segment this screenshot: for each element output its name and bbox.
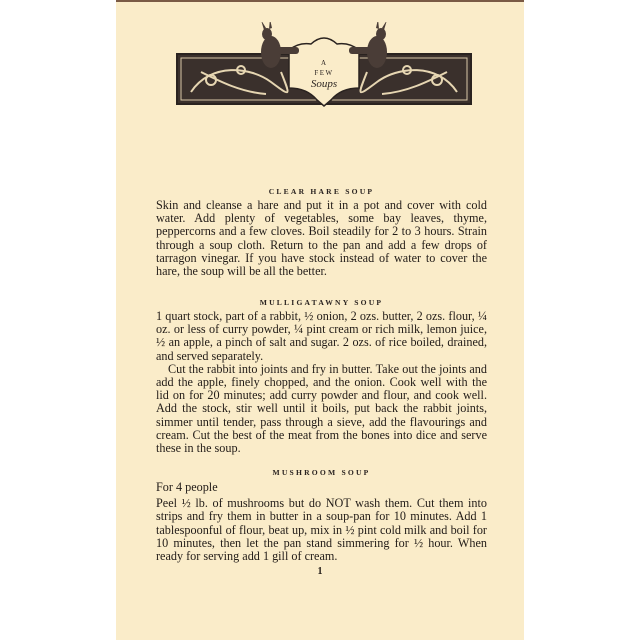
recipe-servings: For 4 people bbox=[156, 481, 487, 494]
recipe-body-mulligatawny-soup: 1 quart stock, part of a rabbit, ½ onion… bbox=[156, 310, 487, 455]
recipe-body-clear-hare-soup: Skin and cleanse a hare and put it in a … bbox=[156, 199, 487, 278]
recipe-paragraph: Cut the rabbit into joints and fry in bu… bbox=[156, 363, 487, 455]
recipe-body-mushroom-soup: For 4 people Peel ½ lb. of mushrooms but… bbox=[156, 481, 487, 563]
ornament-text-soups: Soups bbox=[171, 78, 477, 90]
header-ornament: A FEW Soups bbox=[171, 22, 477, 107]
recipe-title-mulligatawny-soup: MULLIGATAWNY SOUP bbox=[156, 298, 487, 307]
recipe-title-clear-hare-soup: CLEAR HARE SOUP bbox=[156, 187, 487, 196]
recipe-paragraph: Skin and cleanse a hare and put it in a … bbox=[156, 199, 487, 278]
ornament-text-few: FEW bbox=[171, 69, 477, 77]
book-page: A FEW Soups CLEAR HARE SOUP Skin and cle… bbox=[116, 0, 524, 640]
recipe-title-mushroom-soup: MUSHROOM SOUP bbox=[156, 468, 487, 477]
ornament-text-a: A bbox=[171, 59, 477, 67]
recipe-paragraph: 1 quart stock, part of a rabbit, ½ onion… bbox=[156, 310, 487, 363]
page-number: 1 bbox=[116, 566, 524, 577]
recipe-paragraph: Peel ½ lb. of mushrooms but do NOT wash … bbox=[156, 497, 487, 563]
